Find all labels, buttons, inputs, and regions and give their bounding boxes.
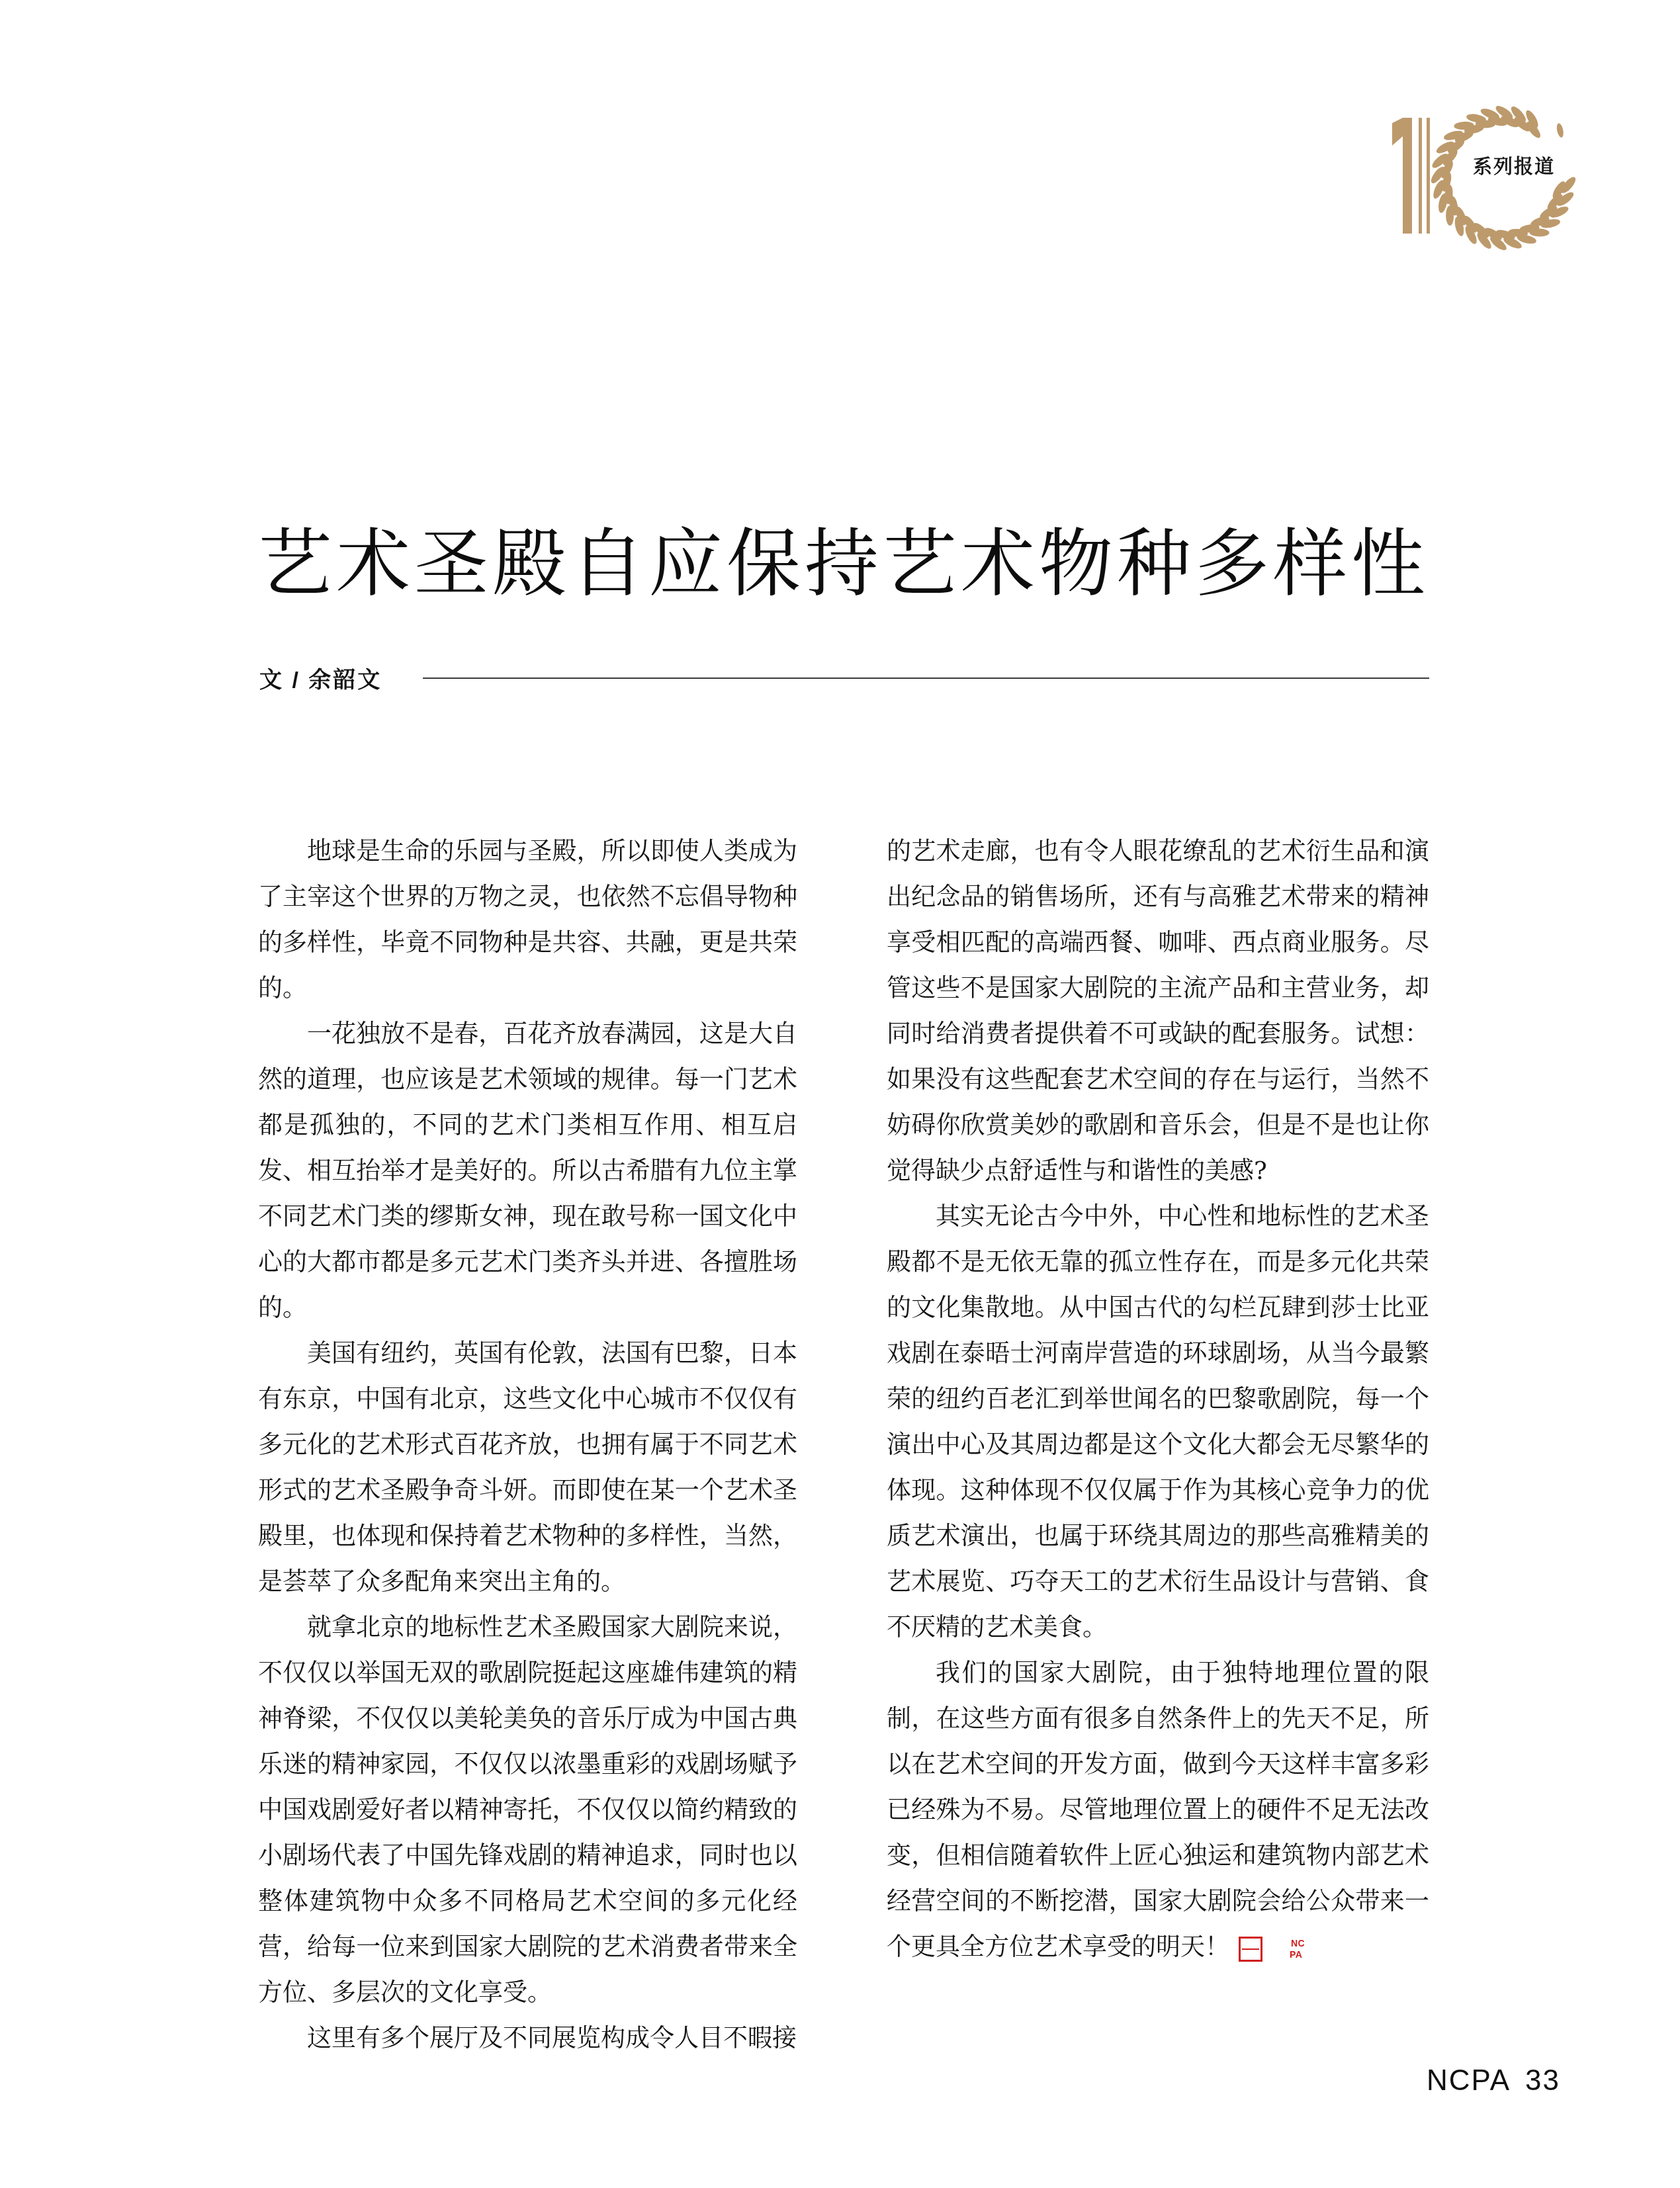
paragraph: 一花独放不是春，百花齐放春满园，这是大自然的道理，也应该是艺术领域的规律。每一门…: [258, 1011, 797, 1331]
paragraph: 这里有多个展厅及不同展览构成令人目不暇接: [258, 2015, 797, 2061]
byline-row: 文 / 余韶文: [259, 662, 1429, 694]
paragraph: 就拿北京的地标性艺术圣殿国家大剧院来说，不仅仅以举国无双的歌剧院挺起这座雄伟建筑…: [258, 1604, 797, 2015]
page-footer: NCPA33: [1427, 2064, 1560, 2097]
journal-name: NCPA: [1427, 2064, 1511, 2097]
ncpa-end-mark-icon: NCPA: [1239, 1937, 1262, 1962]
page-number: 33: [1525, 2064, 1560, 2097]
series-masthead: 系列报道: [1376, 93, 1584, 269]
article-body: 地球是生命的乐园与圣殿，所以即使人类成为了主宰这个世界的万物之灵，也依然不忘倡导…: [258, 828, 1429, 2061]
paragraph: 的艺术走廊，也有令人眼花缭乱的艺术衍生品和演出纪念品的销售场所，还有与高雅艺术带…: [887, 828, 1429, 1194]
paragraph: 地球是生命的乐园与圣殿，所以即使人类成为了主宰这个世界的万物之灵，也依然不忘倡导…: [258, 828, 797, 1011]
series-label: 系列报道: [1473, 152, 1555, 179]
paragraph: 我们的国家大剧院，由于独特地理位置的限制，在这些方面有很多自然条件上的先天不足，…: [887, 1650, 1429, 1970]
left-column: 地球是生命的乐园与圣殿，所以即使人类成为了主宰这个世界的万物之灵，也依然不忘倡导…: [258, 828, 797, 2061]
article-title: 艺术圣殿自应保持艺术物种多样性: [258, 511, 1442, 617]
numeral-one-glyph: [1392, 118, 1430, 234]
right-column: 的艺术走廊，也有令人眼花缭乱的艺术衍生品和演出纪念品的销售场所，还有与高雅艺术带…: [887, 828, 1429, 2061]
byline: 文 / 余韶文: [259, 662, 382, 694]
paragraph: 其实无论古今中外，中心性和地标性的艺术圣殿都不是无依无靠的孤立性存在，而是多元化…: [887, 1194, 1429, 1650]
byline-rule: [423, 678, 1429, 679]
paragraph: 美国有纽约，英国有伦敦，法国有巴黎，日本有东京，中国有北京，这些文化中心城市不仅…: [258, 1331, 797, 1604]
magazine-page: 系列报道 艺术圣殿自应保持艺术物种多样性 文 / 余韶文 地球是生命的乐园与圣殿…: [0, 0, 1680, 2188]
issue-10-laurel-wreath-icon: [1376, 93, 1584, 269]
